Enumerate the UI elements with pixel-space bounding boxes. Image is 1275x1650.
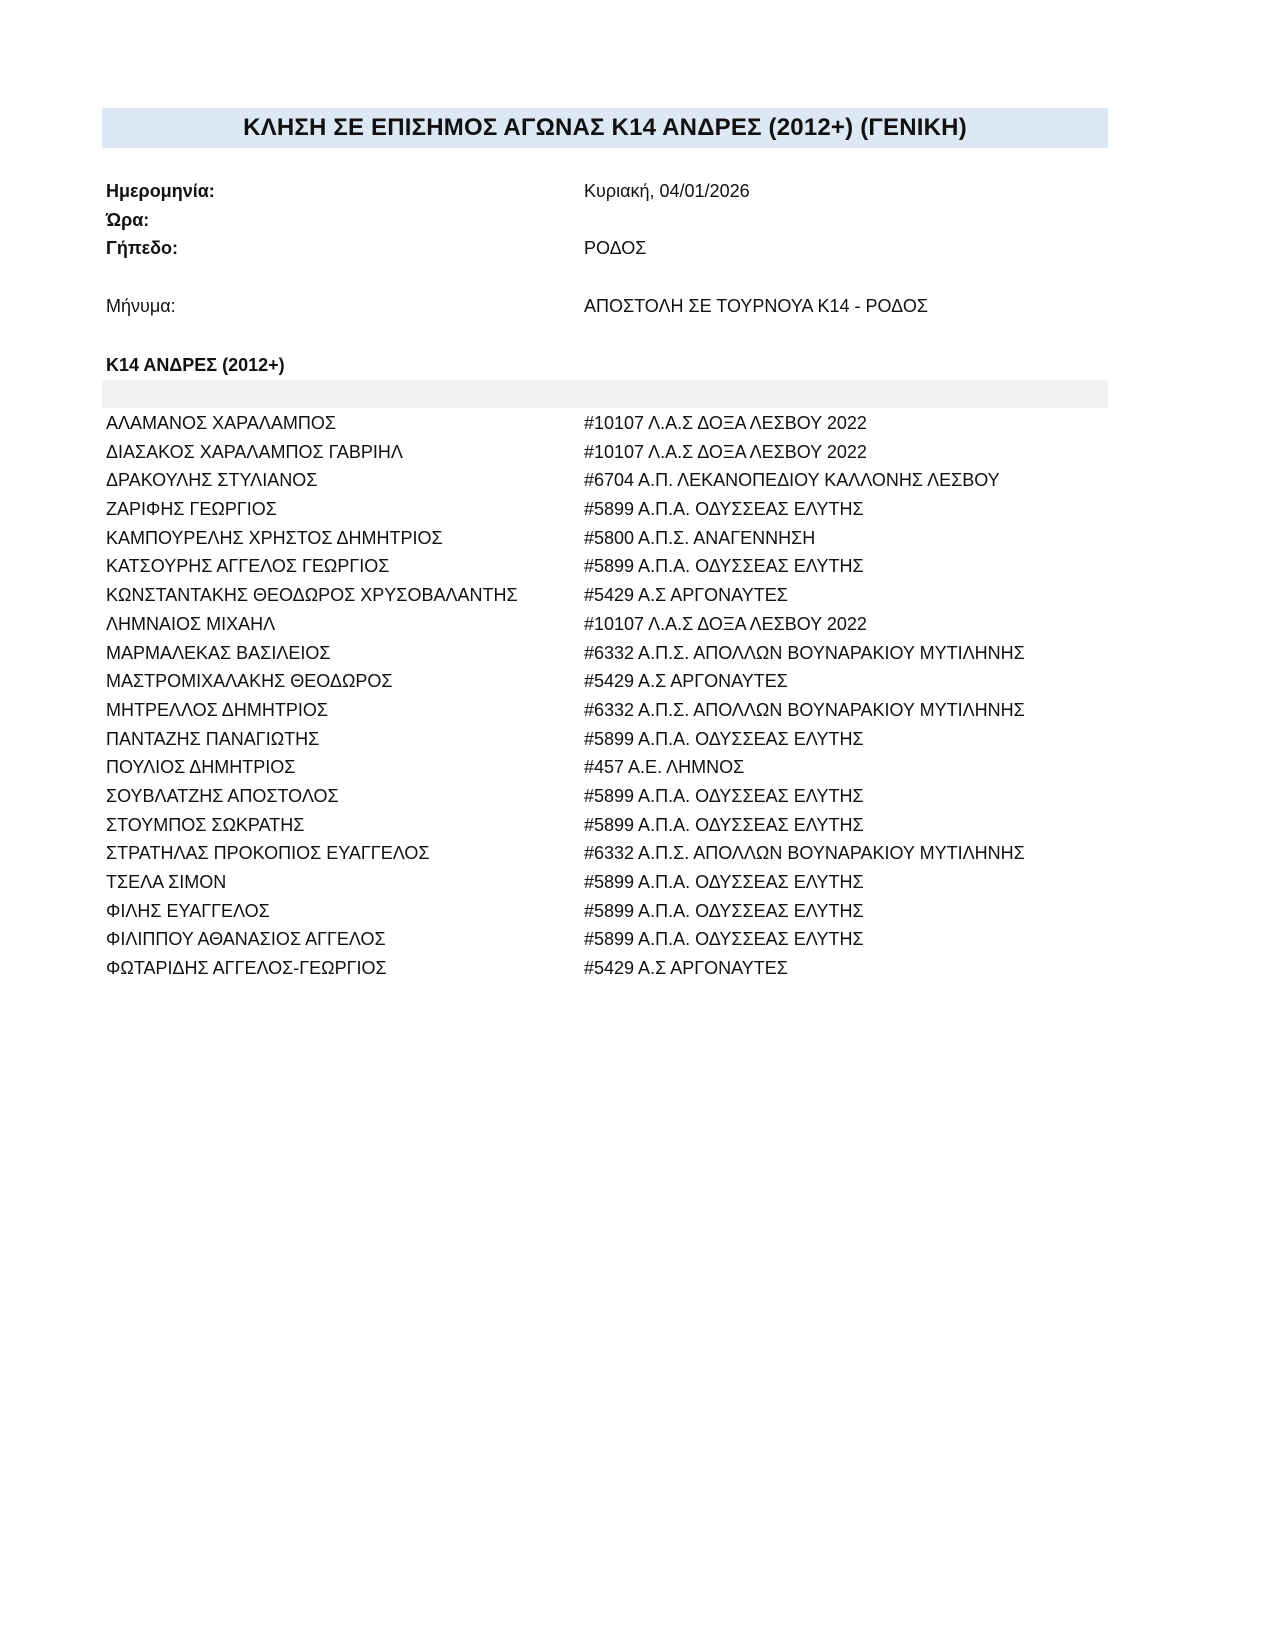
player-club: #5429 Α.Σ ΑΡΓΟΝΑΥΤΕΣ <box>584 667 788 696</box>
info-row-venue: Γήπεδο: ΡΟΔΟΣ <box>106 234 1106 263</box>
player-name: ΠΟΥΛΙΟΣ ΔΗΜΗΤΡΙΟΣ <box>106 753 295 782</box>
table-row: ΦΙΛΙΠΠΟΥ ΑΘΑΝΑΣΙΟΣ ΑΓΓΕΛΟΣ#5899 Α.Π.Α. Ο… <box>106 925 1106 954</box>
info-row-message: Μήνυμα: ΑΠΟΣΤΟΛΗ ΣΕ ΤΟΥΡΝΟΥΑ Κ14 - ΡΟΔΟΣ <box>106 292 1106 321</box>
player-club: #6332 Α.Π.Σ. ΑΠΟΛΛΩΝ ΒΟΥΝΑΡΑΚΙΟΥ ΜΥΤΙΛΗΝ… <box>584 696 1025 725</box>
player-name: ΔΡΑΚΟΥΛΗΣ ΣΤΥΛΙΑΝΟΣ <box>106 466 317 495</box>
player-name: ΤΣΕΛΑ ΣΙΜΟΝ <box>106 868 226 897</box>
table-row: ΠΑΝΤΑΖΗΣ ΠΑΝΑΓΙΩΤΗΣ#5899 Α.Π.Α. ΟΔΥΣΣΕΑΣ… <box>106 725 1106 754</box>
player-name: ΣΤΡΑΤΗΛΑΣ ΠΡΟΚΟΠΙΟΣ ΕΥΑΓΓΕΛΟΣ <box>106 839 430 868</box>
player-name: ΠΑΝΤΑΖΗΣ ΠΑΝΑΓΙΩΤΗΣ <box>106 725 319 754</box>
table-row: ΤΣΕΛΑ ΣΙΜΟΝ#5899 Α.Π.Α. ΟΔΥΣΣΕΑΣ ΕΛΥΤΗΣ <box>106 868 1106 897</box>
player-name: ΦΙΛΙΠΠΟΥ ΑΘΑΝΑΣΙΟΣ ΑΓΓΕΛΟΣ <box>106 925 386 954</box>
section-title: Κ14 ΑΝΔΡΕΣ (2012+) <box>106 351 285 379</box>
date-label: Ημερομηνία: <box>106 177 215 206</box>
player-name: ΛΗΜΝΑΙΟΣ ΜΙΧΑΗΛ <box>106 610 275 639</box>
player-name: ΚΑΜΠΟΥΡΕΛΗΣ ΧΡΗΣΤΟΣ ΔΗΜΗΤΡΙΟΣ <box>106 524 443 553</box>
player-name: ΣΤΟΥΜΠΟΣ ΣΩΚΡΑΤΗΣ <box>106 811 304 840</box>
player-name: ΣΟΥΒΛΑΤΖΗΣ ΑΠΟΣΤΟΛΟΣ <box>106 782 339 811</box>
player-club: #5899 Α.Π.Α. ΟΔΥΣΣΕΑΣ ΕΛΥΤΗΣ <box>584 925 864 954</box>
time-label: Ώρα: <box>106 206 149 235</box>
player-club: #5899 Α.Π.Α. ΟΔΥΣΣΕΑΣ ΕΛΥΤΗΣ <box>584 725 864 754</box>
info-row-date: Ημερομηνία: Κυριακή, 04/01/2026 <box>106 177 1106 206</box>
message-label: Μήνυμα: <box>106 292 176 321</box>
player-club: #457 Α.Ε. ΛΗΜΝΟΣ <box>584 753 744 782</box>
player-roster: ΑΛΑΜΑΝΟΣ ΧΑΡΑΛΑΜΠΟΣ#10107 Λ.Α.Σ ΔΟΞΑ ΛΕΣ… <box>106 409 1106 983</box>
player-club: #10107 Λ.Α.Σ ΔΟΞΑ ΛΕΣΒΟΥ 2022 <box>584 438 867 467</box>
player-club: #5899 Α.Π.Α. ΟΔΥΣΣΕΑΣ ΕΛΥΤΗΣ <box>584 811 864 840</box>
player-name: ΖΑΡΙΦΗΣ ΓΕΩΡΓΙΟΣ <box>106 495 277 524</box>
table-row: ΔΙΑΣΑΚΟΣ ΧΑΡΑΛΑΜΠΟΣ ΓΑΒΡΙΗΛ#10107 Λ.Α.Σ … <box>106 438 1106 467</box>
player-club: #10107 Λ.Α.Σ ΔΟΞΑ ΛΕΣΒΟΥ 2022 <box>584 610 867 639</box>
player-name: ΚΑΤΣΟΥΡΗΣ ΑΓΓΕΛΟΣ ΓΕΩΡΓΙΟΣ <box>106 552 389 581</box>
table-row: ΣΤΟΥΜΠΟΣ ΣΩΚΡΑΤΗΣ#5899 Α.Π.Α. ΟΔΥΣΣΕΑΣ Ε… <box>106 811 1106 840</box>
table-row: ΦΙΛΗΣ ΕΥΑΓΓΕΛΟΣ#5899 Α.Π.Α. ΟΔΥΣΣΕΑΣ ΕΛΥ… <box>106 897 1106 926</box>
title-banner: ΚΛΗΣΗ ΣΕ ΕΠΙΣΗΜΟΣ ΑΓΩΝΑΣ Κ14 ΑΝΔΡΕΣ (201… <box>102 108 1108 148</box>
table-row: ΚΑΜΠΟΥΡΕΛΗΣ ΧΡΗΣΤΟΣ ΔΗΜΗΤΡΙΟΣ#5800 Α.Π.Σ… <box>106 524 1106 553</box>
info-row-time: Ώρα: <box>106 206 1106 235</box>
player-club: #6704 Α.Π. ΛΕΚΑΝΟΠΕΔΙΟΥ ΚΑΛΛΟΝΗΣ ΛΕΣΒΟΥ <box>584 466 1000 495</box>
table-row: ΑΛΑΜΑΝΟΣ ΧΑΡΑΛΑΜΠΟΣ#10107 Λ.Α.Σ ΔΟΞΑ ΛΕΣ… <box>106 409 1106 438</box>
table-row: ΜΑΡΜΑΛΕΚΑΣ ΒΑΣΙΛΕΙΟΣ#6332 Α.Π.Σ. ΑΠΟΛΛΩΝ… <box>106 639 1106 668</box>
table-row: ΣΤΡΑΤΗΛΑΣ ΠΡΟΚΟΠΙΟΣ ΕΥΑΓΓΕΛΟΣ#6332 Α.Π.Σ… <box>106 839 1106 868</box>
table-row: ΣΟΥΒΛΑΤΖΗΣ ΑΠΟΣΤΟΛΟΣ#5899 Α.Π.Α. ΟΔΥΣΣΕΑ… <box>106 782 1106 811</box>
player-club: #10107 Λ.Α.Σ ΔΟΞΑ ΛΕΣΒΟΥ 2022 <box>584 409 867 438</box>
player-club: #5800 Α.Π.Σ. ΑΝΑΓΕΝΝΗΣΗ <box>584 524 815 553</box>
player-name: ΜΗΤΡΕΛΛΟΣ ΔΗΜΗΤΡΙΟΣ <box>106 696 328 725</box>
table-row: ΠΟΥΛΙΟΣ ΔΗΜΗΤΡΙΟΣ#457 Α.Ε. ΛΗΜΝΟΣ <box>106 753 1106 782</box>
player-club: #5899 Α.Π.Α. ΟΔΥΣΣΕΑΣ ΕΛΥΤΗΣ <box>584 782 864 811</box>
table-row: ΖΑΡΙΦΗΣ ΓΕΩΡΓΙΟΣ#5899 Α.Π.Α. ΟΔΥΣΣΕΑΣ ΕΛ… <box>106 495 1106 524</box>
player-club: #6332 Α.Π.Σ. ΑΠΟΛΛΩΝ ΒΟΥΝΑΡΑΚΙΟΥ ΜΥΤΙΛΗΝ… <box>584 839 1025 868</box>
player-name: ΔΙΑΣΑΚΟΣ ΧΑΡΑΛΑΜΠΟΣ ΓΑΒΡΙΗΛ <box>106 438 403 467</box>
player-club: #6332 Α.Π.Σ. ΑΠΟΛΛΩΝ ΒΟΥΝΑΡΑΚΙΟΥ ΜΥΤΙΛΗΝ… <box>584 639 1025 668</box>
player-name: ΜΑΣΤΡΟΜΙΧΑΛΑΚΗΣ ΘΕΟΔΩΡΟΣ <box>106 667 393 696</box>
player-name: ΦΩΤΑΡΙΔΗΣ ΑΓΓΕΛΟΣ-ΓΕΩΡΓΙΟΣ <box>106 954 387 983</box>
table-row: ΚΑΤΣΟΥΡΗΣ ΑΓΓΕΛΟΣ ΓΕΩΡΓΙΟΣ#5899 Α.Π.Α. Ο… <box>106 552 1106 581</box>
player-name: ΜΑΡΜΑΛΕΚΑΣ ΒΑΣΙΛΕΙΟΣ <box>106 639 330 668</box>
venue-label: Γήπεδο: <box>106 234 178 263</box>
message-value: ΑΠΟΣΤΟΛΗ ΣΕ ΤΟΥΡΝΟΥΑ Κ14 - ΡΟΔΟΣ <box>584 292 928 321</box>
player-club: #5899 Α.Π.Α. ΟΔΥΣΣΕΑΣ ΕΛΥΤΗΣ <box>584 897 864 926</box>
table-row: ΜΑΣΤΡΟΜΙΧΑΛΑΚΗΣ ΘΕΟΔΩΡΟΣ#5429 Α.Σ ΑΡΓΟΝΑ… <box>106 667 1106 696</box>
venue-value: ΡΟΔΟΣ <box>584 234 646 263</box>
player-name: ΚΩΝΣΤΑΝΤΑΚΗΣ ΘΕΟΔΩΡΟΣ ΧΡΥΣΟΒΑΛΑΝΤΗΣ <box>106 581 518 610</box>
table-row: ΔΡΑΚΟΥΛΗΣ ΣΤΥΛΙΑΝΟΣ#6704 Α.Π. ΛΕΚΑΝΟΠΕΔΙ… <box>106 466 1106 495</box>
player-club: #5899 Α.Π.Α. ΟΔΥΣΣΕΑΣ ΕΛΥΤΗΣ <box>584 495 864 524</box>
player-name: ΑΛΑΜΑΝΟΣ ΧΑΡΑΛΑΜΠΟΣ <box>106 409 336 438</box>
date-value: Κυριακή, 04/01/2026 <box>584 177 750 206</box>
player-club: #5429 Α.Σ ΑΡΓΟΝΑΥΤΕΣ <box>584 954 788 983</box>
table-row: ΚΩΝΣΤΑΝΤΑΚΗΣ ΘΕΟΔΩΡΟΣ ΧΡΥΣΟΒΑΛΑΝΤΗΣ#5429… <box>106 581 1106 610</box>
table-row: ΦΩΤΑΡΙΔΗΣ ΑΓΓΕΛΟΣ-ΓΕΩΡΓΙΟΣ#5429 Α.Σ ΑΡΓΟ… <box>106 954 1106 983</box>
table-row: ΜΗΤΡΕΛΛΟΣ ΔΗΜΗΤΡΙΟΣ#6332 Α.Π.Σ. ΑΠΟΛΛΩΝ … <box>106 696 1106 725</box>
page-title: ΚΛΗΣΗ ΣΕ ΕΠΙΣΗΜΟΣ ΑΓΩΝΑΣ Κ14 ΑΝΔΡΕΣ (201… <box>243 114 967 142</box>
table-row: ΛΗΜΝΑΙΟΣ ΜΙΧΑΗΛ#10107 Λ.Α.Σ ΔΟΞΑ ΛΕΣΒΟΥ … <box>106 610 1106 639</box>
section-divider <box>102 380 1108 408</box>
player-club: #5429 Α.Σ ΑΡΓΟΝΑΥΤΕΣ <box>584 581 788 610</box>
player-club: #5899 Α.Π.Α. ΟΔΥΣΣΕΑΣ ΕΛΥΤΗΣ <box>584 868 864 897</box>
player-club: #5899 Α.Π.Α. ΟΔΥΣΣΕΑΣ ΕΛΥΤΗΣ <box>584 552 864 581</box>
player-name: ΦΙΛΗΣ ΕΥΑΓΓΕΛΟΣ <box>106 897 270 926</box>
